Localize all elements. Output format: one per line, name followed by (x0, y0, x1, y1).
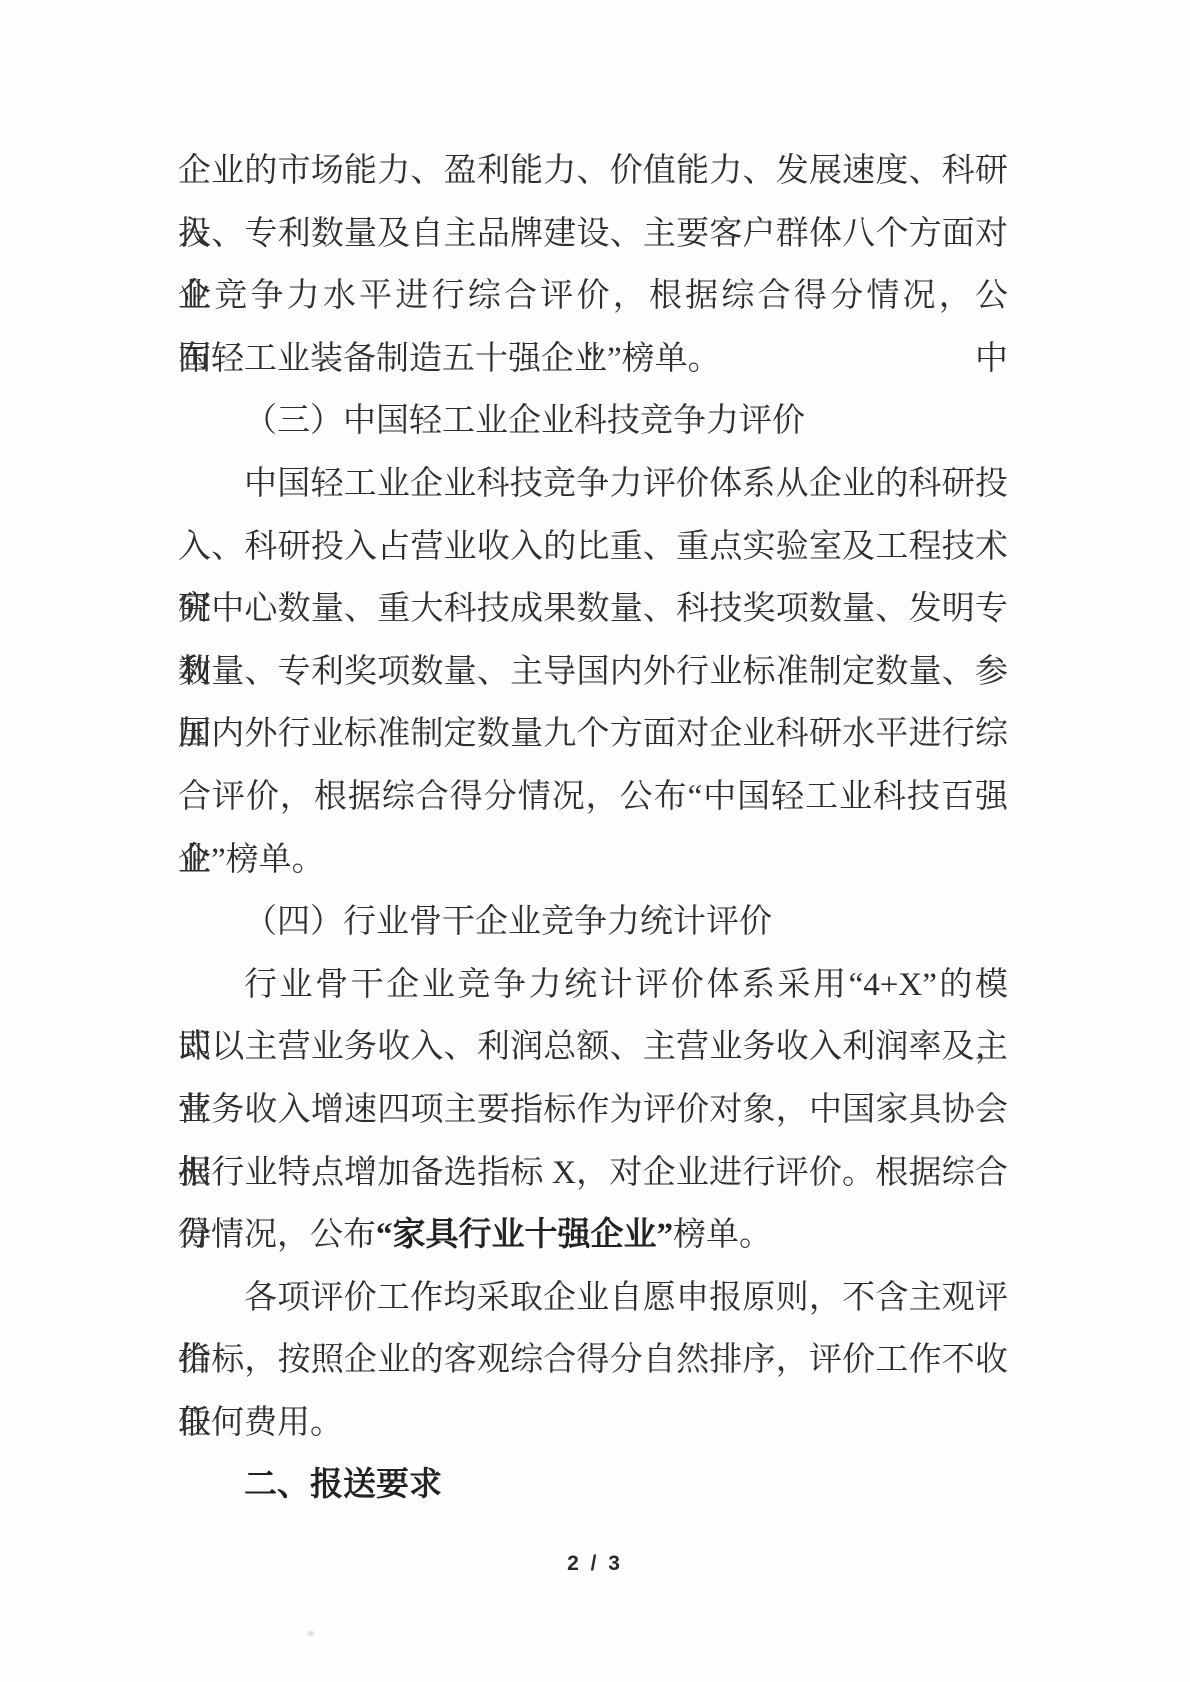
text-run: 中国轻工业企业科技竞争力评价体系从企业的科研投 (244, 466, 1008, 502)
text-line: 业务收入增速四项主要指标作为评价对象，中国家具协会根 (178, 1079, 1008, 1142)
text-line: 业竞争力水平进行综合评价，根据综合得分情况，公布“中 (178, 265, 1008, 328)
document-page: 企业的市场能力、盈利能力、价值能力、发展速度、科研投入、专利数量及自主品牌建设、… (0, 0, 1190, 1682)
text-line: 企业的市场能力、盈利能力、价值能力、发展速度、科研投 (178, 140, 1008, 203)
text-line: 行业骨干企业竞争力统计评价体系采用“4+X”的模式， (178, 954, 1008, 1017)
text-run: 二、报送要求 (244, 1467, 442, 1503)
text-line: 即以主营业务收入、利润总额、主营业务收入利润率及主营 (178, 1016, 1008, 1079)
text-line: 业”榜单。 (178, 829, 1008, 892)
text-line: （四）行业骨干企业竞争力统计评价 (178, 891, 1008, 954)
text-line: 入、科研投入占营业收入的比重、重点实验室及工程技术研 (178, 516, 1008, 579)
page-number: 2 / 3 (0, 1552, 1190, 1576)
text-line: 各项评价工作均采取企业自愿申报原则，不含主观评价 (178, 1267, 1008, 1330)
text-line: 合评价，根据综合得分情况，公布“中国轻工业科技百强企 (178, 766, 1008, 829)
text-line: 数量、专利奖项数量、主导国内外行业标准制定数量、参加 (178, 641, 1008, 704)
text-run-bold: “家具行业十强企业” (376, 1217, 673, 1253)
text-line: 入、专利数量及自主品牌建设、主要客户群体八个方面对企 (178, 203, 1008, 266)
text-run: 任何费用。 (178, 1405, 343, 1441)
scan-artifact-dot (308, 1631, 314, 1636)
text-line: 究中心数量、重大科技成果数量、科技奖项数量、发明专利 (178, 578, 1008, 641)
document-body-text: 企业的市场能力、盈利能力、价值能力、发展速度、科研投入、专利数量及自主品牌建设、… (178, 140, 1008, 1517)
text-run: 国轻工业装备制造五十强企业”榜单。 (178, 341, 721, 377)
text-run: 榜单。 (673, 1217, 772, 1253)
text-run: （四）行业骨干企业竞争力统计评价 (244, 904, 772, 940)
text-line: 据行业特点增加备选指标 X，对企业进行评价。根据综合得 (178, 1142, 1008, 1205)
text-line: 国内外行业标准制定数量九个方面对企业科研水平进行综 (178, 703, 1008, 766)
text-line: （三）中国轻工业企业科技竞争力评价 (178, 390, 1008, 453)
text-line: 中国轻工业企业科技竞争力评价体系从企业的科研投 (178, 453, 1008, 516)
text-line: 指标，按照企业的客观综合得分自然排序，评价工作不收取 (178, 1329, 1008, 1392)
text-line: 任何费用。 (178, 1392, 1008, 1455)
text-line: 二、报送要求 (178, 1454, 1008, 1517)
text-run: （三）中国轻工业企业科技竞争力评价 (244, 403, 805, 439)
text-run: 国内外行业标准制定数量九个方面对企业科研水平进行综 (178, 716, 1008, 752)
text-line: 分情况，公布“家具行业十强企业”榜单。 (178, 1204, 1008, 1267)
text-run: 业”榜单。 (178, 842, 325, 878)
text-run: 分情况，公布 (178, 1217, 376, 1253)
